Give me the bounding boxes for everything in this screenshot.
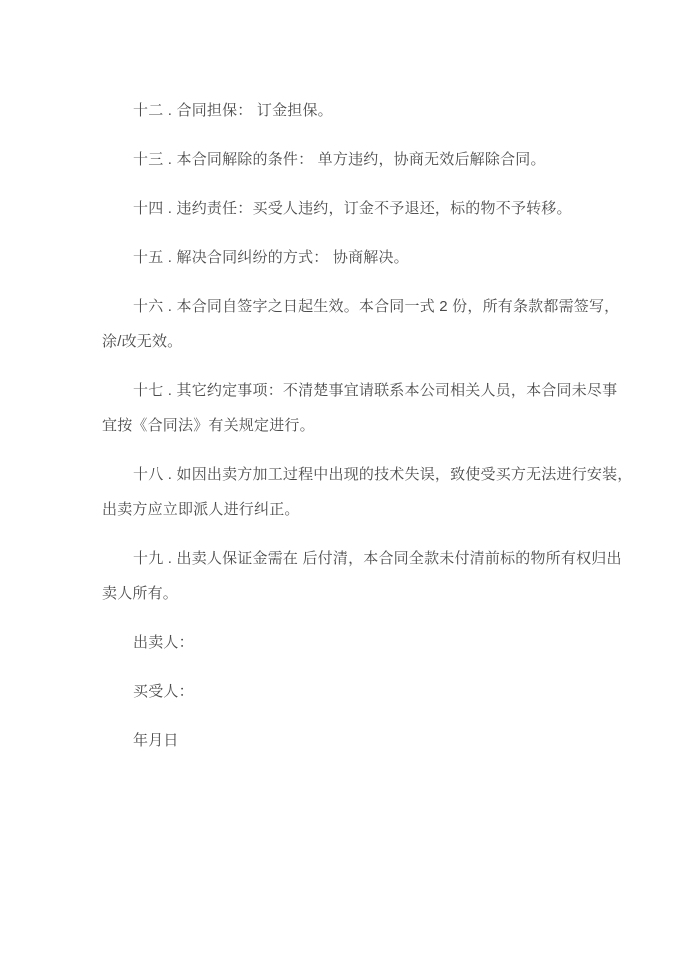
- clause-16-line-1: 十六 . 本合同自签字之日起生效。本合同一式 2 份，所有条款都需签写，: [102, 289, 604, 324]
- clause-14: 十四 . 违约责任：买受人违约，订金不予退还，标的物不予转移。: [102, 191, 604, 226]
- clause-13-line-1: 十三 . 本合同解除的条件： 单方违约，协商无效后解除合同。: [102, 142, 604, 177]
- date-line-line-1: 年月日: [102, 723, 604, 758]
- clause-18-line-1: 十八 . 如因出卖方加工过程中出现的技术失误，致使受买方无法进行安装，: [102, 457, 604, 492]
- clause-17-line-2: 宜按《合同法》有关规定进行。: [102, 408, 604, 443]
- clause-15-line-1: 十五 . 解决合同纠纷的方式： 协商解决。: [102, 240, 604, 275]
- document-page: 十二 . 合同担保： 订金担保。十三 . 本合同解除的条件： 单方违约，协商无效…: [0, 0, 690, 976]
- clause-19-line-2: 卖人所有。: [102, 576, 604, 611]
- document-body: 十二 . 合同担保： 订金担保。十三 . 本合同解除的条件： 单方违约，协商无效…: [102, 93, 604, 758]
- clause-12: 十二 . 合同担保： 订金担保。: [102, 93, 604, 128]
- buyer-signature-line: 买受人：: [102, 674, 604, 709]
- clause-18-line-2: 出卖方应立即派人进行纠正。: [102, 492, 604, 527]
- clause-15: 十五 . 解决合同纠纷的方式： 协商解决。: [102, 240, 604, 275]
- seller-signature-line: 出卖人：: [102, 625, 604, 660]
- seller-signature-line-line-1: 出卖人：: [102, 625, 604, 660]
- clause-13: 十三 . 本合同解除的条件： 单方违约，协商无效后解除合同。: [102, 142, 604, 177]
- clause-19-line-1: 十九 . 出卖人保证金需在 后付清，本合同全款未付清前标的物所有权归出: [102, 541, 604, 576]
- date-line: 年月日: [102, 723, 604, 758]
- clause-17-line-1: 十七 . 其它约定事项：不清楚事宜请联系本公司相关人员，本合同未尽事: [102, 373, 604, 408]
- clause-19: 十九 . 出卖人保证金需在 后付清，本合同全款未付清前标的物所有权归出卖人所有。: [102, 541, 604, 611]
- clause-16: 十六 . 本合同自签字之日起生效。本合同一式 2 份，所有条款都需签写，涂/改无…: [102, 289, 604, 359]
- clause-16-line-2: 涂/改无效。: [102, 324, 604, 359]
- clause-14-line-1: 十四 . 违约责任：买受人违约，订金不予退还，标的物不予转移。: [102, 191, 604, 226]
- clause-18: 十八 . 如因出卖方加工过程中出现的技术失误，致使受买方无法进行安装，出卖方应立…: [102, 457, 604, 527]
- clause-17: 十七 . 其它约定事项：不清楚事宜请联系本公司相关人员，本合同未尽事宜按《合同法…: [102, 373, 604, 443]
- clause-12-line-1: 十二 . 合同担保： 订金担保。: [102, 93, 604, 128]
- buyer-signature-line-line-1: 买受人：: [102, 674, 604, 709]
